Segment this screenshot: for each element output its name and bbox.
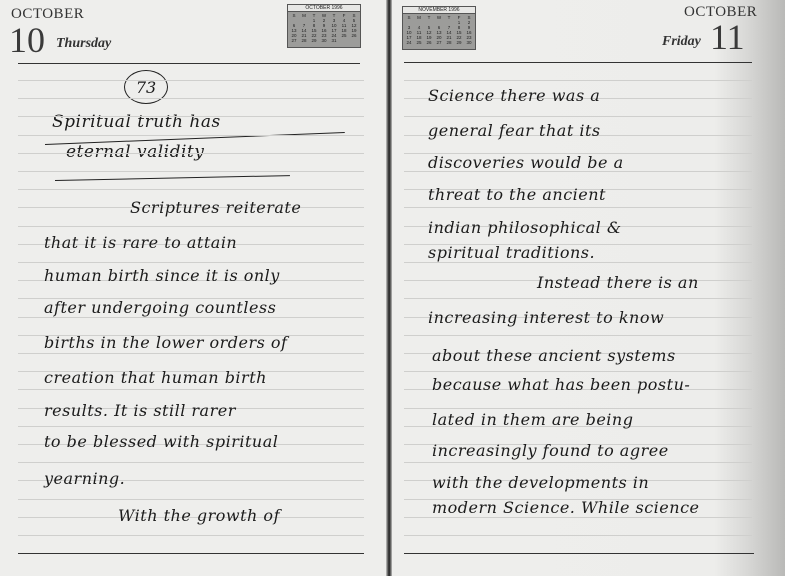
text-line: increasingly found to agree bbox=[432, 441, 669, 460]
text-line: creation that human birth bbox=[44, 368, 267, 387]
calendar-cell: 27 bbox=[434, 40, 444, 45]
ruled-line bbox=[404, 462, 752, 463]
ruled-line bbox=[18, 171, 364, 172]
november-mini-calendar: NOVEMBER 1996 SMTWTFS1234567891011121314… bbox=[402, 6, 476, 50]
text-line: lated in them are being bbox=[432, 410, 633, 429]
ruled-line bbox=[18, 98, 364, 99]
ruled-line bbox=[404, 335, 752, 336]
text-line: Instead there is an bbox=[537, 273, 699, 292]
left-diary-page: OCTOBER 10 Thursday OCTOBER 1996 SMTWTFS… bbox=[0, 0, 386, 576]
text-line: general fear that its bbox=[428, 121, 601, 140]
calendar-title: OCTOBER 1996 bbox=[288, 5, 360, 12]
text-line: spiritual traditions. bbox=[428, 243, 595, 262]
text-line: that it is rare to attain bbox=[44, 233, 237, 252]
ruled-line bbox=[404, 116, 752, 117]
left-day-number: 10 bbox=[9, 22, 45, 58]
text-line: to be blessed with spiritual bbox=[44, 432, 278, 451]
text-line: increasing interest to know bbox=[428, 308, 664, 327]
footer-divider bbox=[18, 553, 364, 554]
right-diary-page: NOVEMBER 1996 SMTWTFS1234567891011121314… bbox=[392, 0, 785, 576]
text-line: results. It is still rarer bbox=[44, 401, 236, 420]
text-line: yearning. bbox=[44, 469, 125, 488]
calendar-cell bbox=[339, 38, 349, 43]
calendar-cell: 28 bbox=[444, 40, 454, 45]
calendar-cell: 29 bbox=[454, 40, 464, 45]
ruled-line bbox=[18, 189, 364, 190]
text-line: Science there was a bbox=[428, 86, 600, 105]
calendar-cell bbox=[349, 38, 359, 43]
entry-title-line-1: Spiritual truth has bbox=[52, 112, 221, 132]
text-line: Scriptures reiterate bbox=[130, 198, 301, 217]
ruled-line bbox=[18, 226, 364, 227]
calendar-cell: 30 bbox=[464, 40, 474, 45]
ruled-line bbox=[404, 298, 752, 299]
text-line: human birth since it is only bbox=[44, 266, 280, 285]
ruled-line bbox=[18, 116, 364, 117]
calendar-title: NOVEMBER 1996 bbox=[403, 7, 475, 14]
calendar-cell: 24 bbox=[404, 40, 414, 45]
ruled-line bbox=[404, 371, 752, 372]
calendar-cell: 30 bbox=[319, 38, 329, 43]
text-line: modern Science. While science bbox=[432, 498, 700, 517]
calendar-grid: SMTWTFS123456789101112131415161718192021… bbox=[288, 12, 360, 43]
calendar-cell: 31 bbox=[329, 38, 339, 43]
ruled-line bbox=[404, 535, 752, 536]
ruled-line bbox=[18, 426, 364, 427]
ruled-line bbox=[18, 499, 364, 500]
ruled-line bbox=[18, 535, 364, 536]
calendar-grid: SMTWTFS123456789101112131415161718192021… bbox=[403, 14, 475, 45]
ruled-line bbox=[18, 353, 364, 354]
text-line: With the growth of bbox=[118, 506, 280, 525]
right-day-number: 11 bbox=[710, 19, 745, 55]
header-divider bbox=[404, 62, 752, 63]
ruled-line bbox=[18, 80, 364, 81]
text-line: with the developments in bbox=[432, 473, 649, 492]
text-line: after undergoing countless bbox=[44, 298, 276, 317]
ruled-line bbox=[18, 135, 364, 136]
ruled-line bbox=[404, 408, 752, 409]
ruled-line bbox=[18, 262, 364, 263]
right-weekday: Friday bbox=[662, 34, 701, 50]
calendar-cell: 26 bbox=[424, 40, 434, 45]
text-line: births in the lower orders of bbox=[44, 333, 287, 352]
text-line: indian philosophical & bbox=[428, 218, 622, 237]
calendar-cell: 29 bbox=[309, 38, 319, 43]
text-line: threat to the ancient bbox=[428, 185, 606, 204]
ruled-line bbox=[404, 262, 752, 263]
ruled-line bbox=[404, 80, 752, 81]
ruled-line bbox=[18, 153, 364, 154]
ruled-line bbox=[18, 462, 364, 463]
title-underline-2 bbox=[55, 175, 290, 181]
ruled-line bbox=[18, 389, 364, 390]
october-mini-calendar: OCTOBER 1996 SMTWTFS12345678910111213141… bbox=[287, 4, 361, 48]
footer-divider bbox=[404, 553, 754, 554]
calendar-cell: 28 bbox=[299, 38, 309, 43]
text-line: about these ancient systems bbox=[432, 346, 676, 365]
calendar-cell: 25 bbox=[414, 40, 424, 45]
text-line: because what has been postu- bbox=[432, 375, 690, 394]
ruled-line bbox=[404, 207, 752, 208]
left-weekday: Thursday bbox=[56, 36, 111, 52]
header-divider bbox=[18, 63, 360, 64]
calendar-cell: 27 bbox=[289, 38, 299, 43]
text-line: discoveries would be a bbox=[428, 153, 624, 172]
